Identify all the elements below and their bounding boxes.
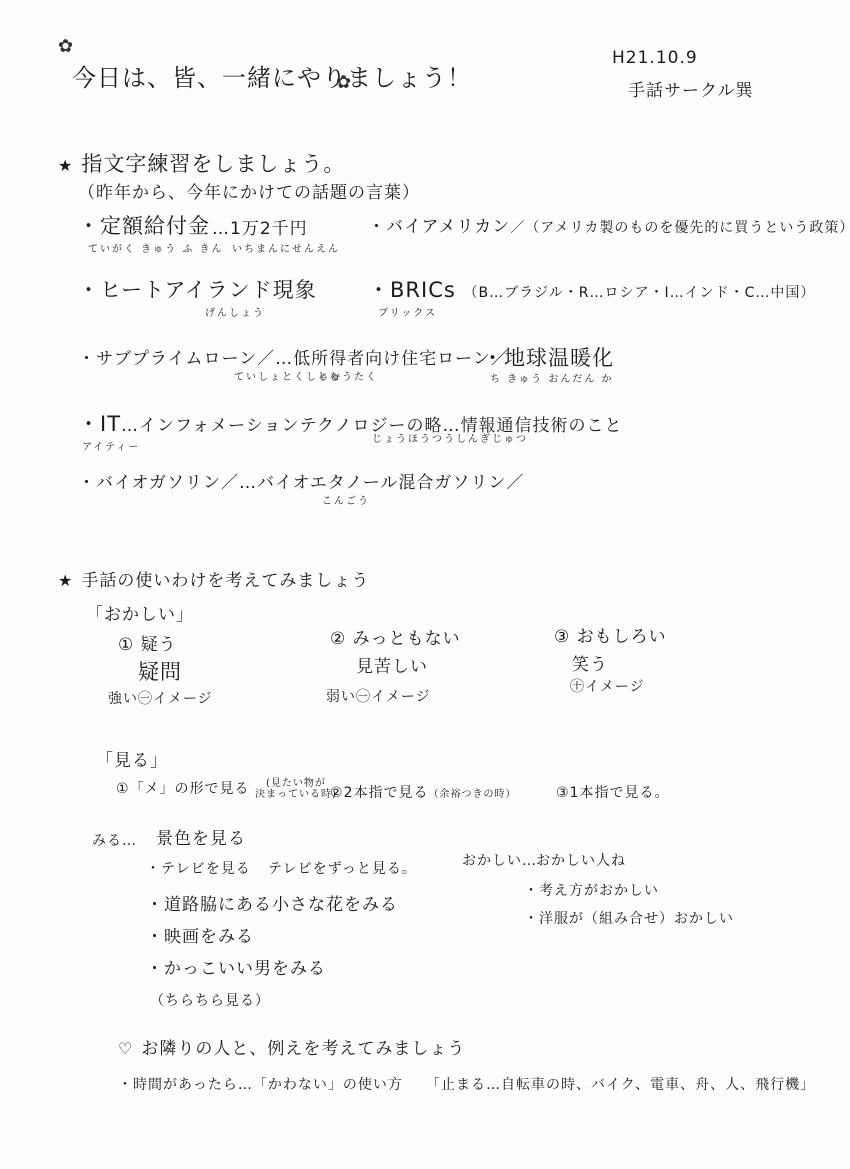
star-icon: ★ <box>58 156 73 175</box>
page-title: 今日は、皆、一緒にやりましょう！ <box>72 58 472 93</box>
miru-method-3: ③1本指で見る。 <box>556 782 669 802</box>
reading: こんごう <box>322 492 370 507</box>
term-brics: ・BRICs （B…ブラジル・R…ロシア・I…インド・C…中国） <box>368 274 815 304</box>
okashii-col-2-image: 弱い㊀イメージ <box>326 686 431 706</box>
flower-icon: ✿ <box>58 36 73 57</box>
term-buy-american: ・バイアメリカン／（アメリカ製のものを優先的に買うという政策） <box>368 212 850 237</box>
term-teigaku: ・定額給付金 <box>78 210 210 240</box>
term: ・バイオガソリン <box>78 473 221 493</box>
meaning: おもしろい <box>577 627 667 647</box>
miru-example: ・かっこいい男をみる <box>146 954 326 979</box>
okashii-example: ・考え方がおかしい <box>524 880 659 900</box>
method-text: 1本指で見る。 <box>570 785 670 801</box>
okashii-col-3-image: ㊉イメージ <box>570 676 645 696</box>
section2-heading: ★手話の使いわけを考えてみましょう <box>58 566 369 591</box>
okashii-col-1: ① 疑う <box>118 630 177 655</box>
number: ① <box>116 781 130 797</box>
reading: アイティー <box>82 438 140 453</box>
term-desc: ／…バイオエタノール混合ガソリン／ <box>221 473 524 493</box>
term: ・バイアメリカン <box>368 217 510 237</box>
section1-subheading: （昨年から、今年にかけての話題の言葉） <box>78 178 420 203</box>
term: ・サブプライムローン <box>78 349 257 369</box>
miru-label: 「見る」 <box>96 746 168 771</box>
okashii-col-2: ② みっともない <box>330 624 461 649</box>
reading: じゅうたく <box>318 368 378 383</box>
term-global-warming: ・地球温暖化 <box>482 342 614 372</box>
flower-icon: ✿ <box>336 72 351 93</box>
okashii-label: 「おかしい」 <box>86 600 194 625</box>
okashii-col-3-line2: 笑う <box>572 650 608 675</box>
reading: げんしょう <box>205 304 265 319</box>
miru-example: ・映画をみる <box>146 922 254 947</box>
section1-heading: ★指文字練習をしましょう。 <box>58 148 345 178</box>
section3-line2: 「止まる…自転車の時、バイク、電車、舟、人、飛行機」 <box>426 1074 815 1094</box>
section3-heading: ♡お隣りの人と、例えを考えてみましょう <box>118 1034 465 1059</box>
method-text: 2本指で見る <box>344 785 429 801</box>
miru-example: ・道路脇にある小さな花をみる <box>146 890 398 915</box>
miru-tv-note: テレビをずっと見る。 <box>268 858 417 878</box>
miru-method-2: ②2本指で見る（余裕つきの時） <box>330 782 516 802</box>
reading: ち きゅう おんだん か <box>490 370 614 385</box>
okashii-col-3: ③ おもしろい <box>554 622 667 647</box>
term-heat-island: ・ヒートアイランド現象 <box>78 274 317 304</box>
heading-text: 指文字練習をしましょう。 <box>81 152 345 176</box>
date: H21.10.9 <box>612 48 698 68</box>
method-note: （余裕つきの時） <box>428 789 516 800</box>
term-desc: （B…ブラジル・R…ロシア・I…インド・C…中国） <box>463 285 815 301</box>
method-text: 「メ」の形で見る <box>130 781 250 797</box>
miru-example: ・テレビを見る <box>146 858 251 878</box>
author: 手話サークル巽 <box>628 76 754 101</box>
okashii-examples-label: おかしい… <box>462 850 537 870</box>
term: ・BRICs <box>368 278 456 302</box>
okashii-col-2-line2: 見苦しい <box>356 652 428 677</box>
term-desc: ／（アメリカ製のものを優先的に買うという政策） <box>510 220 850 236</box>
term-desc: …1万2千円 <box>212 214 308 239</box>
number: ① <box>118 635 134 655</box>
okashii-col-1-image: 強い㊀イメージ <box>108 688 213 708</box>
number: ③ <box>556 785 570 801</box>
reading: じょうほうつうしんぎじゅつ <box>372 430 528 445</box>
miru-examples-label: みる… <box>92 830 137 850</box>
term-desc: ／…低所得者向け住宅ローン／ <box>257 349 509 369</box>
heading-text: お隣りの人と、例えを考えてみましょう <box>141 1039 465 1059</box>
reading: いちまんにせんえん <box>232 240 340 255</box>
meaning: 疑う <box>141 635 177 655</box>
method-note: (見たい物が決まっている時) <box>255 778 337 800</box>
reading: ていがく きゅう ふ きん <box>88 240 224 255</box>
okashii-example: ・洋服が（組み合せ）おかしい <box>524 908 734 928</box>
number: ③ <box>554 627 570 647</box>
section3-line: ・時間があったら…「かわない」の使い方 <box>118 1074 403 1094</box>
okashii-col-1-line2: 疑問 <box>138 656 182 686</box>
okashii-example: おかしい人ね <box>536 850 626 870</box>
term-bio-gasoline: ・バイオガソリン／…バイオエタノール混合ガソリン／ <box>78 468 524 493</box>
star-icon: ★ <box>58 571 73 590</box>
number: ② <box>330 629 346 649</box>
reading: ブリックス <box>378 304 437 319</box>
term-subprime: ・サブプライムローン／…低所得者向け住宅ローン／ <box>78 344 509 369</box>
meaning: みっともない <box>353 629 461 649</box>
heading-text: 手話の使いわけを考えてみましょう <box>81 571 369 591</box>
term: ・IT <box>78 412 121 436</box>
heart-icon: ♡ <box>118 1039 133 1058</box>
term-it: ・IT…インフォメーションテクノロジーの略…情報通信技術のこと <box>78 408 622 438</box>
miru-method-1: ①「メ」の形で見る (見たい物が決まっている時) <box>116 778 337 800</box>
miru-example: 景色を見る <box>156 824 246 849</box>
number: ② <box>330 785 344 801</box>
miru-example: （ちらちら見る） <box>150 990 270 1010</box>
